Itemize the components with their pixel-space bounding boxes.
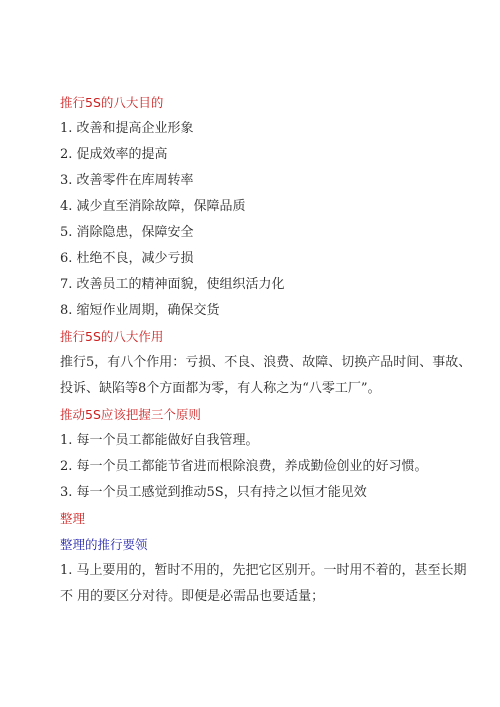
paragraph-line: 投诉、缺陷等8个方面都为零，有人称之为“八零工厂”。 — [60, 378, 480, 404]
section-heading: 推行5S的八大作用 — [60, 326, 480, 352]
section-heading: 推行5S的八大目的 — [60, 92, 480, 118]
paragraph-line: 推行5，有八个作用：亏损、不良、浪费、故障、切换产品时间、事故、 — [60, 352, 480, 378]
paragraph-line: 1. 马上要用的，暂时不用的，先把它区别开。一时用不着的，甚至长期 — [60, 560, 480, 586]
section-heading: 整理 — [60, 508, 480, 534]
subsection-heading: 整理的推行要领 — [60, 534, 480, 560]
list-item: 1. 每一个员工都能做好自我管理。 — [60, 430, 480, 456]
section-heading: 推动5S应该把握三个原则 — [60, 404, 480, 430]
document-page: 推行5S的八大目的 1. 改善和提高企业形象 2. 促成效率的提高 3. 改善零… — [60, 92, 480, 612]
list-item: 1. 改善和提高企业形象 — [60, 118, 480, 144]
list-item: 2. 每一个员工都能节省进而根除浪费，养成勤俭创业的好习惯。 — [60, 456, 480, 482]
list-item: 3. 改善零件在库周转率 — [60, 170, 480, 196]
list-item: 7. 改善员工的精神面貌，使组织活力化 — [60, 274, 480, 300]
list-item: 8. 缩短作业周期，确保交货 — [60, 300, 480, 326]
list-item: 5. 消除隐患，保障安全 — [60, 222, 480, 248]
list-item: 4. 减少直至消除故障，保障品质 — [60, 196, 480, 222]
paragraph-line: 不 用的要区分对待。即便是必需品也要适量； — [60, 586, 480, 612]
list-item: 3. 每一个员工感觉到推动5S，只有持之以恒才能见效 — [60, 482, 480, 508]
list-item: 2. 促成效率的提高 — [60, 144, 480, 170]
list-item: 6. 杜绝不良，减少亏损 — [60, 248, 480, 274]
